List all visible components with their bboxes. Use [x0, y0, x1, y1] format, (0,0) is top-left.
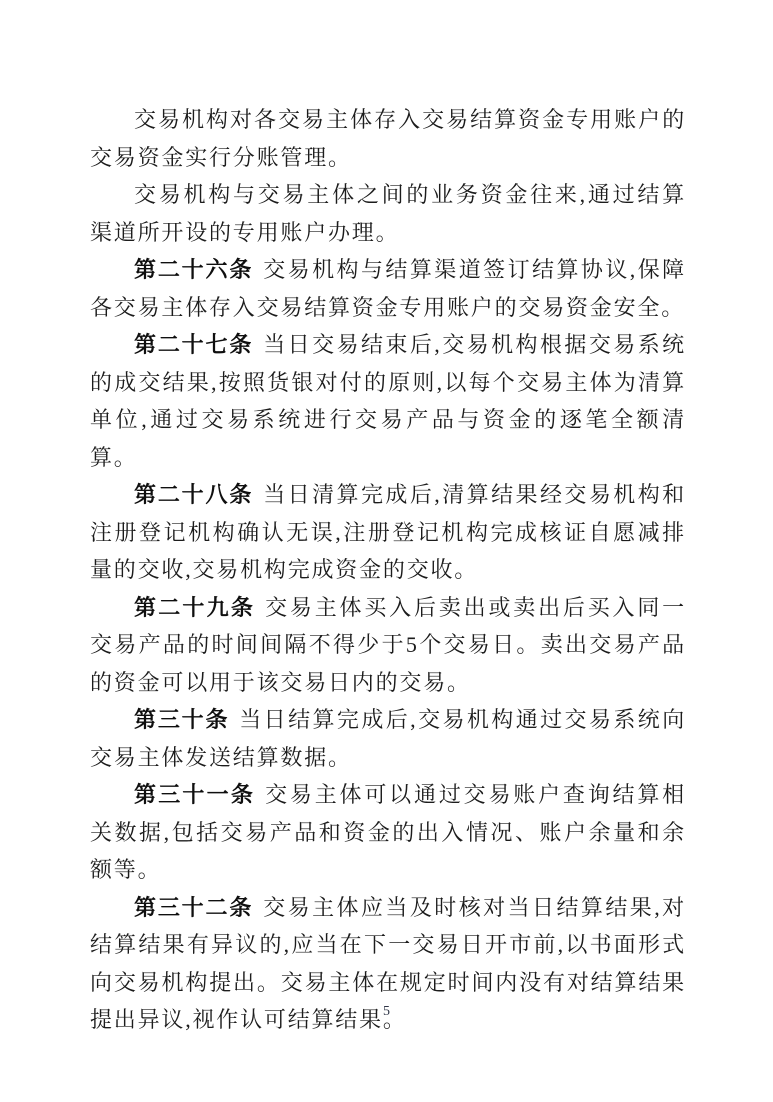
article-number: 第二十六条: [134, 257, 253, 282]
page-number: 5: [0, 1002, 773, 1022]
paragraph: 第三十条当日结算完成后,交易机构通过交易系统向交易主体发送结算数据。: [90, 701, 686, 776]
paragraph: 交易机构对各交易主体存入交易结算资金专用账户的交易资金实行分账管理。: [90, 101, 686, 176]
paragraph: 交易机构与交易主体之间的业务资金往来,通过结算渠道所开设的专用账户办理。: [90, 176, 686, 251]
paragraph: 第二十八条当日清算完成后,清算结果经交易机构和注册登记机构确认无误,注册登记机构…: [90, 476, 686, 589]
paragraph: 第二十七条当日交易结束后,交易机构根据交易系统的成交结果,按照货银对付的原则,以…: [90, 326, 686, 476]
paragraph-text: 交易机构与交易主体之间的业务资金往来,通过结算渠道所开设的专用账户办理。: [90, 182, 686, 245]
article-number: 第三十一条: [134, 782, 255, 807]
paragraph: 第二十九条交易主体买入后卖出或卖出后买入同一交易产品的时间间隔不得少于5个交易日…: [90, 589, 686, 702]
article-number: 第三十条: [134, 707, 229, 732]
paragraph: 第二十六条交易机构与结算渠道签订结算协议,保障各交易主体存入交易结算资金专用账户…: [90, 251, 686, 326]
article-number: 第二十七条: [134, 332, 253, 357]
paragraph-text: 交易机构对各交易主体存入交易结算资金专用账户的交易资金实行分账管理。: [90, 107, 686, 170]
article-number: 第二十八条: [134, 482, 253, 507]
article-number: 第二十九条: [134, 595, 255, 620]
article-number: 第三十二条: [134, 895, 253, 920]
document-page: 交易机构对各交易主体存入交易结算资金专用账户的交易资金实行分账管理。交易机构与交…: [0, 0, 773, 1102]
paragraph: 第三十一条交易主体可以通过交易账户查询结算相关数据,包括交易产品和资金的出入情况…: [90, 776, 686, 889]
document-body: 交易机构对各交易主体存入交易结算资金专用账户的交易资金实行分账管理。交易机构与交…: [90, 101, 686, 1039]
